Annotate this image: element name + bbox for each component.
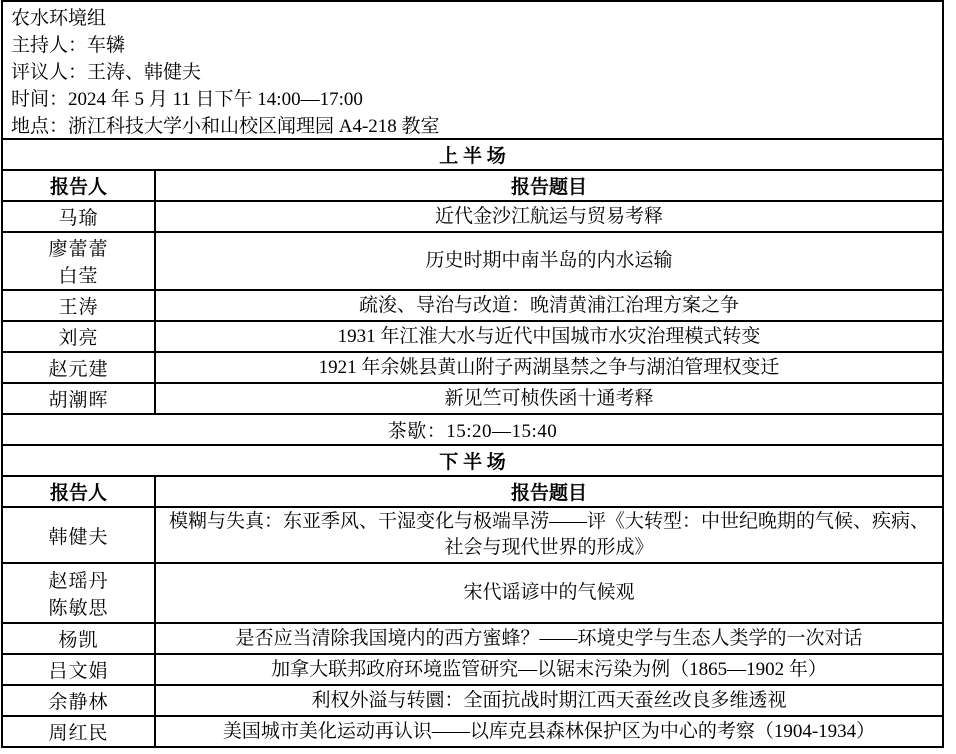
table-row: 赵元建 1921 年余姚县黄山附子两湖垦禁之争与湖泊管理权变迁: [3, 352, 942, 383]
table-row: 余静林 利权外溢与转圜：全面抗战时期江西天蚕丝改良多维透视: [3, 685, 942, 716]
speaker-cell: 赵元建: [3, 352, 155, 383]
tea-break-row: 茶歇：15:20—15:40: [3, 414, 942, 445]
host-line: 主持人：车辚: [11, 32, 936, 59]
report-title-cell: 是否应当清除我国境内的西方蜜蜂？——环境史学与生态人类学的一次对话: [155, 623, 942, 654]
speaker-cell: 王涛: [3, 290, 155, 321]
speaker-cell: 廖蕾蕾 白莹: [3, 232, 155, 290]
speaker-cell: 韩健夫: [3, 507, 155, 563]
table-row: 杨凯 是否应当清除我国境内的西方蜜蜂？——环境史学与生态人类学的一次对话: [3, 623, 942, 654]
speaker-column-header: 报告人: [3, 170, 155, 201]
speaker-cell: 杨凯: [3, 623, 155, 654]
conference-program-page: 农水环境组 主持人：车辚 评议人：王涛、韩健夫 时间：2024 年 5 月 11…: [0, 0, 956, 754]
report-title-cell: 加拿大联邦政府环境监管研究—以锯末污染为例（1865—1902 年）: [155, 654, 942, 685]
report-title-cell: 宋代谣谚中的气候观: [155, 563, 942, 623]
table-row: 赵瑶丹 陈敏思 宋代谣谚中的气候观: [3, 563, 942, 623]
report-title-cell: 1921 年余姚县黄山附子两湖垦禁之争与湖泊管理权变迁: [155, 352, 942, 383]
tea-break-label: 茶歇：15:20—15:40: [3, 414, 942, 445]
group-name: 农水环境组: [11, 5, 936, 32]
speaker-column-header: 报告人: [3, 476, 155, 507]
report-title-cell: 疏浚、导治与改道：晚清黄浦江治理方案之争: [155, 290, 942, 321]
program-grid: 上 半 场 报告人 报告题目 马瑜 近代金沙江航运与贸易考释 廖蕾蕾 白莹 历史…: [3, 140, 942, 746]
table-row: 马瑜 近代金沙江航运与贸易考释: [3, 201, 942, 232]
session-1-column-header-row: 报告人 报告题目: [3, 170, 942, 201]
title-column-header: 报告题目: [155, 170, 942, 201]
discussants-line: 评议人：王涛、韩健夫: [11, 59, 936, 86]
speaker-cell: 周红民: [3, 716, 155, 746]
report-title-cell: 历史时期中南半岛的内水运输: [155, 232, 942, 290]
session-1-title: 上 半 场: [3, 140, 942, 170]
session-info-block: 农水环境组 主持人：车辚 评议人：王涛、韩健夫 时间：2024 年 5 月 11…: [3, 2, 942, 140]
report-title-cell: 美国城市美化运动再认识——以库克县森林保护区为中心的考察（1904-1934）: [155, 716, 942, 746]
report-title-cell: 利权外溢与转圜：全面抗战时期江西天蚕丝改良多维透视: [155, 685, 942, 716]
session-2-title: 下 半 场: [3, 445, 942, 476]
speaker-cell: 余静林: [3, 685, 155, 716]
table-row: 周红民 美国城市美化运动再认识——以库克县森林保护区为中心的考察（1904-19…: [3, 716, 942, 746]
table-row: 胡潮晖 新见竺可桢佚函十通考释: [3, 383, 942, 414]
table-row: 吕文娟 加拿大联邦政府环境监管研究—以锯末污染为例（1865—1902 年）: [3, 654, 942, 685]
speaker-cell: 赵瑶丹 陈敏思: [3, 563, 155, 623]
speaker-cell: 吕文娟: [3, 654, 155, 685]
session-2-column-header-row: 报告人 报告题目: [3, 476, 942, 507]
program-table: 农水环境组 主持人：车辚 评议人：王涛、韩健夫 时间：2024 年 5 月 11…: [1, 0, 944, 748]
speaker-cell: 胡潮晖: [3, 383, 155, 414]
report-title-cell: 1931 年江淮大水与近代中国城市水灾治理模式转变: [155, 321, 942, 352]
speaker-cell: 刘亮: [3, 321, 155, 352]
report-title-cell: 近代金沙江航运与贸易考释: [155, 201, 942, 232]
speaker-cell: 马瑜: [3, 201, 155, 232]
session-1-title-row: 上 半 场: [3, 140, 942, 170]
time-line: 时间：2024 年 5 月 11 日下午 14:00—17:00: [11, 86, 936, 113]
session-2-title-row: 下 半 场: [3, 445, 942, 476]
table-row: 韩健夫 模糊与失真：东亚季风、干湿变化与极端旱涝——评《大转型：中世纪晚期的气候…: [3, 507, 942, 563]
table-row: 刘亮 1931 年江淮大水与近代中国城市水灾治理模式转变: [3, 321, 942, 352]
report-title-cell: 模糊与失真：东亚季风、干湿变化与极端旱涝——评《大转型：中世纪晚期的气候、疾病、…: [155, 507, 942, 563]
title-column-header: 报告题目: [155, 476, 942, 507]
table-row: 廖蕾蕾 白莹 历史时期中南半岛的内水运输: [3, 232, 942, 290]
table-row: 王涛 疏浚、导治与改道：晚清黄浦江治理方案之争: [3, 290, 942, 321]
venue-line: 地点：浙江科技大学小和山校区闻理园 A4-218 教室: [11, 113, 936, 140]
report-title-cell: 新见竺可桢佚函十通考释: [155, 383, 942, 414]
